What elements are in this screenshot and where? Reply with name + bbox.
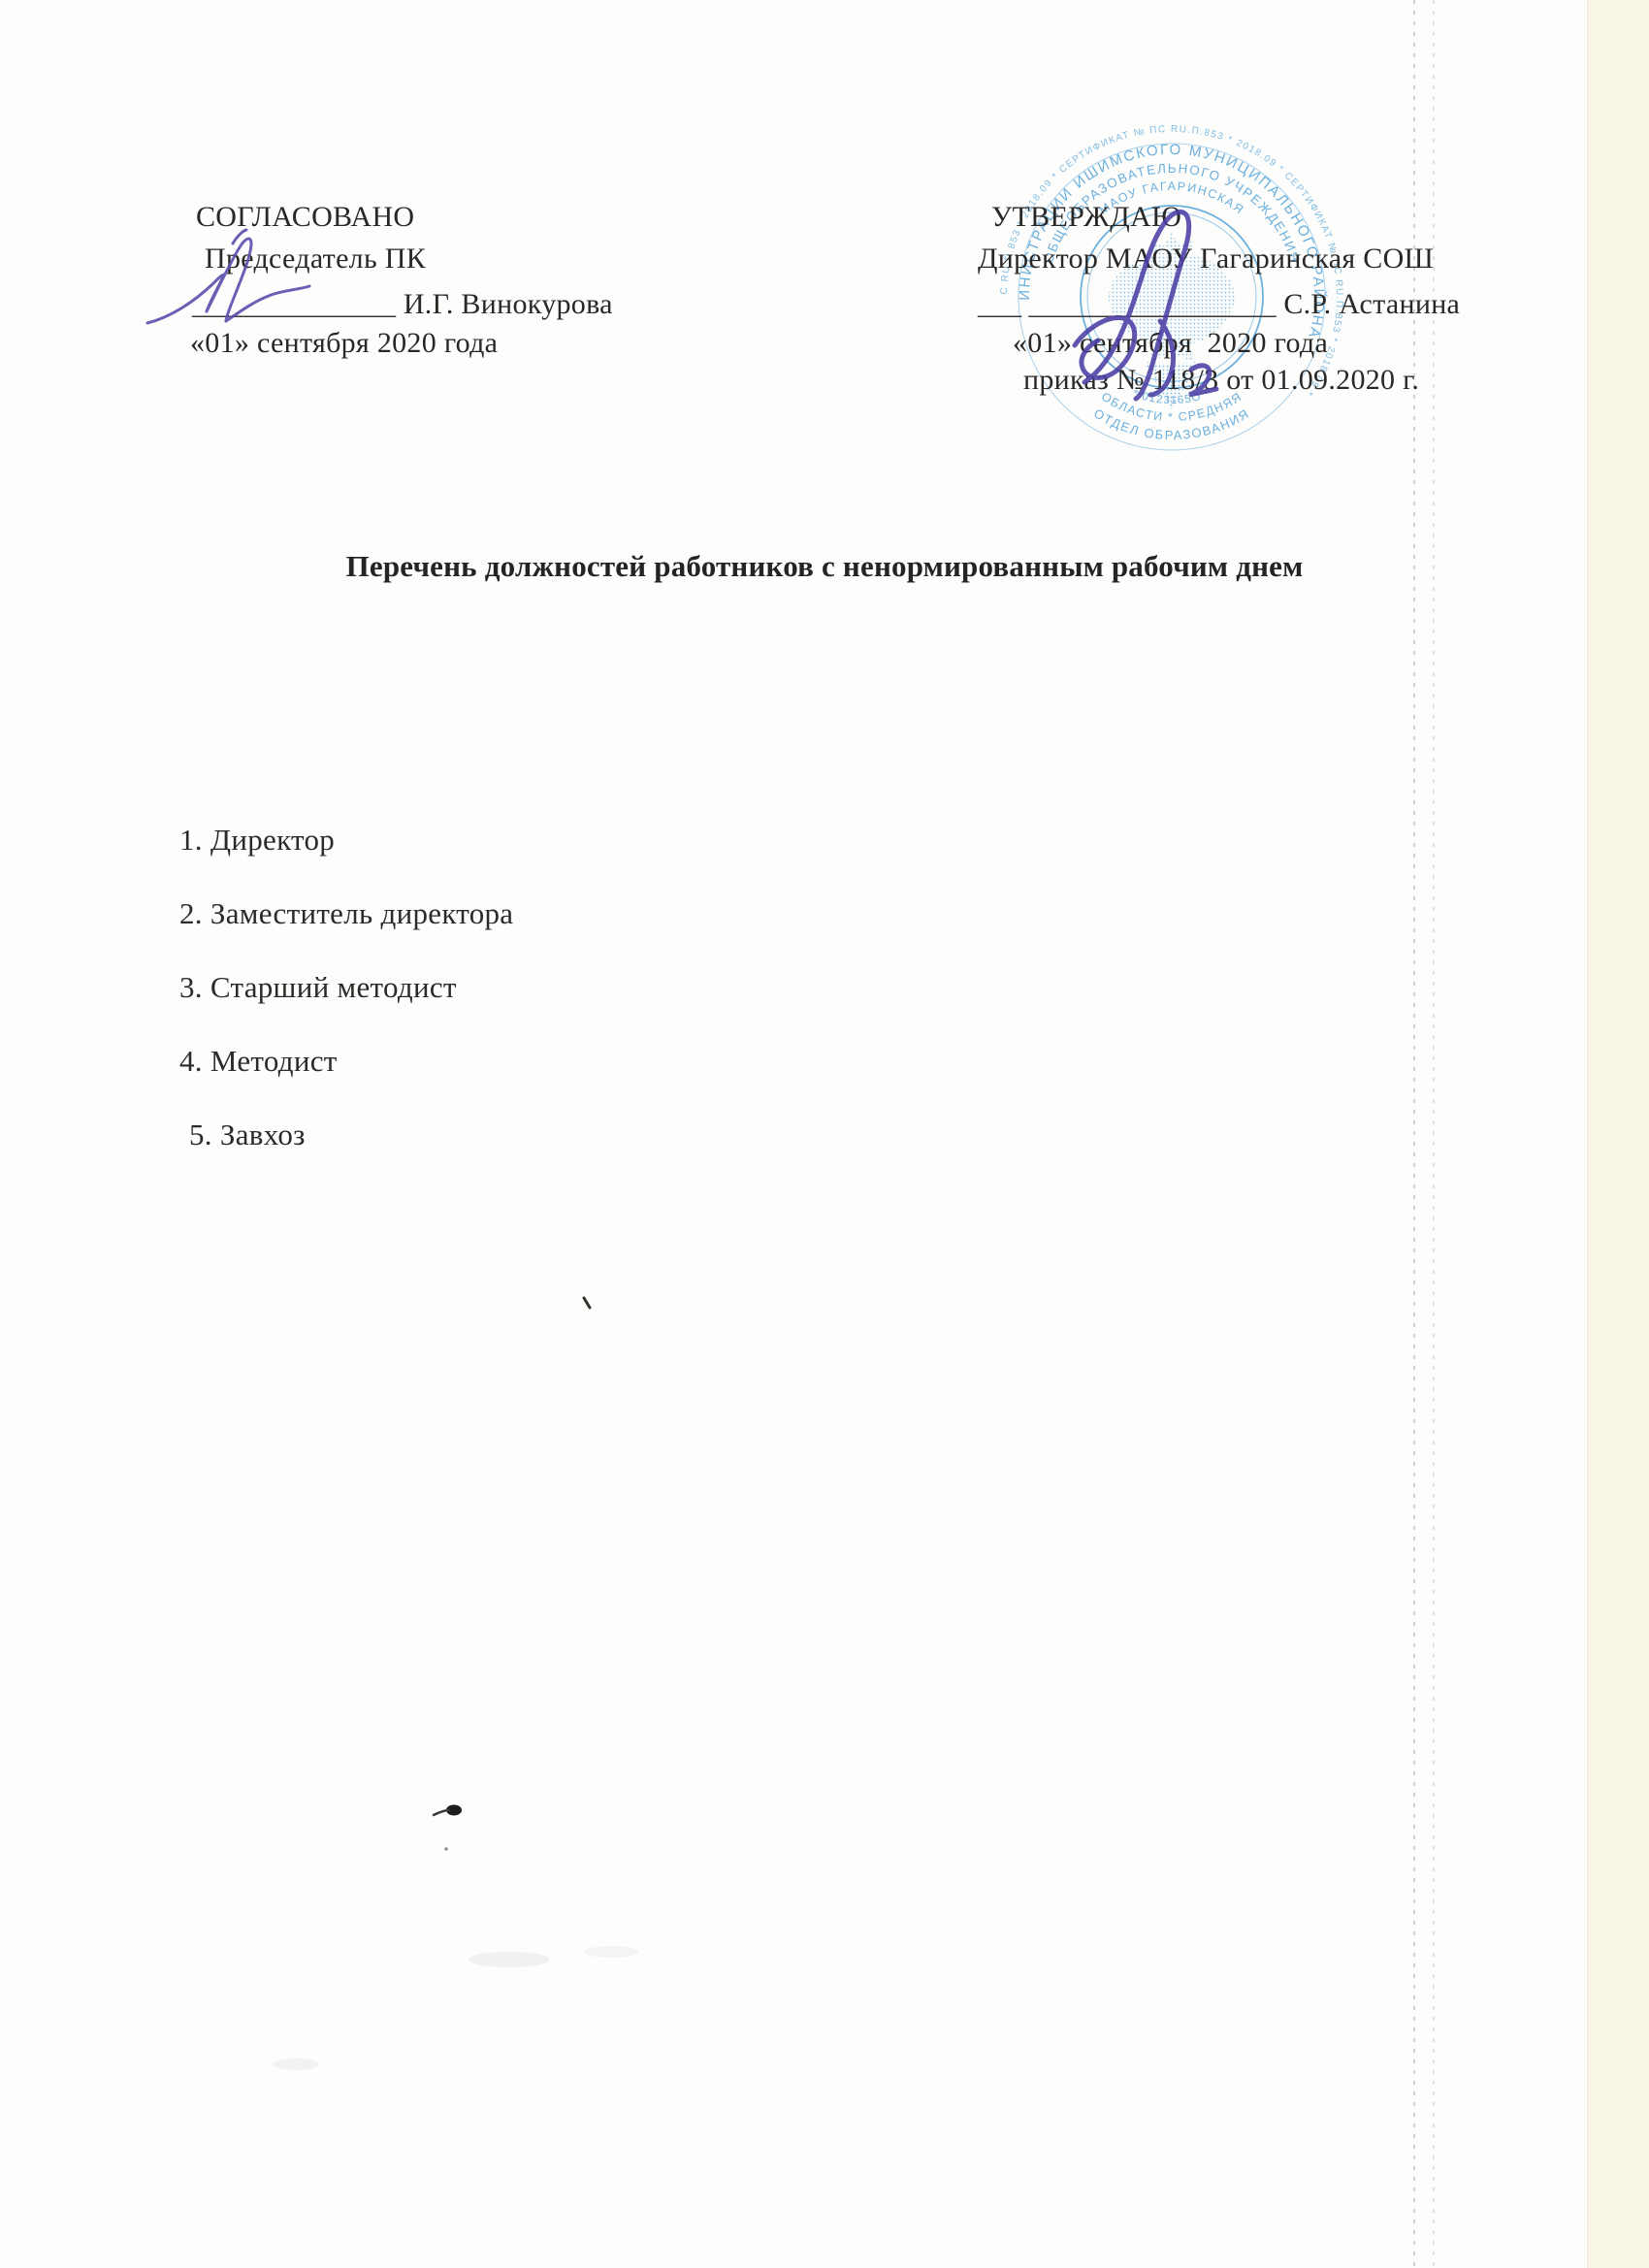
agreed-signature-line: ______________: [192, 288, 396, 320]
position-item: 2. Заместитель директора: [179, 896, 513, 935]
position-item: 1. Директор: [179, 823, 513, 861]
approved-signatory: С.Р. Астанина: [1283, 288, 1460, 320]
approved-date: «01» сентября 2020 года: [1013, 326, 1328, 361]
agreed-date: «01» сентября 2020 года: [190, 326, 498, 361]
approved-heading: УТВЕРЖДАЮ: [991, 200, 1181, 235]
agreed-role: Председатель ПК: [205, 242, 426, 276]
scan-artifact-dotted-line: [1433, 0, 1435, 2268]
scan-artifact-specks: [273, 1298, 638, 2070]
document-title: Перечень должностей работников с ненорми…: [0, 549, 1649, 584]
agreed-signature-row: ______________ И.Г. Винокурова: [192, 287, 613, 322]
positions-list: 1. Директор 2. Заместитель директора 3. …: [179, 788, 513, 1191]
agreed-heading: СОГЛАСОВАНО: [196, 200, 414, 235]
approved-signature-line: ___ _________________: [978, 288, 1277, 320]
document-page: СЕРТИФИКАТ № ПС RU.П.853 * 2018.09 * СЕР…: [0, 0, 1649, 2268]
agreed-signatory: И.Г. Винокурова: [404, 288, 613, 320]
approved-signature-row: ___ _________________ С.Р. Астанина: [978, 287, 1460, 322]
position-item: 5. Завхоз: [179, 1118, 513, 1156]
approved-role: Директор МАОУ Гагаринская СОШ: [978, 242, 1434, 276]
scan-artifact-dotted-line: [1413, 0, 1415, 2268]
position-item: 4. Методист: [179, 1044, 513, 1083]
scan-edge-band: [1587, 0, 1649, 2268]
position-item: 3. Старший методист: [179, 970, 513, 1009]
approved-order: приказ № 118/3 от 01.09.2020 г.: [1023, 363, 1419, 398]
